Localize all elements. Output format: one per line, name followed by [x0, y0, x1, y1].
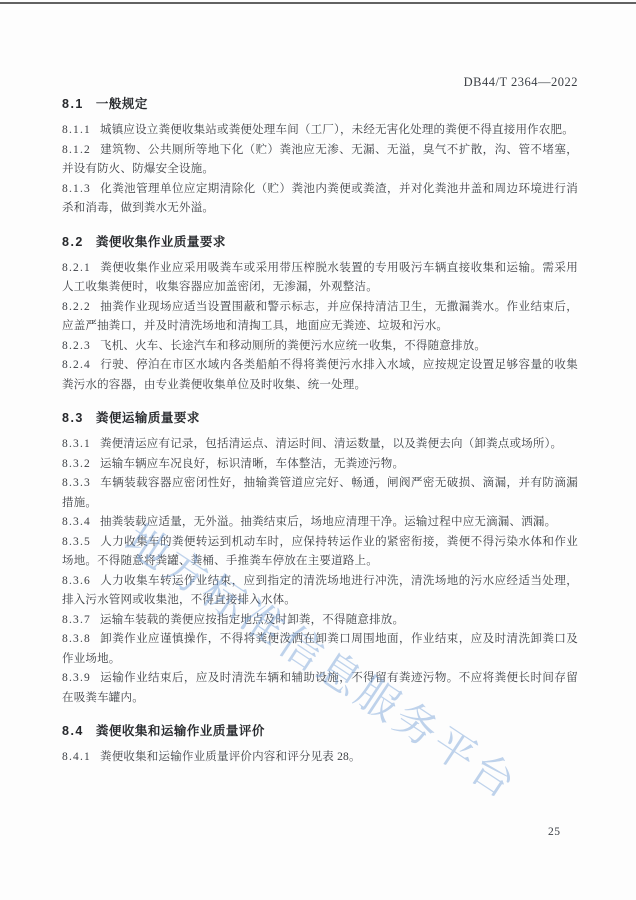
clause-text: 车辆装载容器应密闭性好，抽输粪管道应完好、畅通，闸阀严密无破损、滴漏，并有防滴漏… — [62, 477, 578, 509]
clause-number: 8.3.7 — [62, 614, 91, 626]
clause-number: 8.3.9 — [62, 672, 91, 684]
section-heading-8-4: 8.4粪便收集和运输作业质量评价 — [62, 721, 578, 739]
clause-number: 8.2.3 — [62, 340, 91, 352]
clause-8-3-2: 8.3.2运输车辆应车况良好，标识清晰，车体整洁，无粪迹污物。 — [62, 455, 578, 475]
section-number: 8.4 — [62, 724, 84, 738]
clause-number: 8.3.1 — [62, 438, 91, 450]
clause-number: 8.3.4 — [62, 516, 91, 528]
clause-number: 8.4.1 — [62, 751, 91, 763]
section-heading-8-2: 8.2粪便收集作业质量要求 — [62, 232, 578, 250]
clause-8-3-4: 8.3.4抽粪装载应适量，无外溢。抽粪结束后，场地应清理干净。运输过程中应无滴漏… — [62, 513, 578, 533]
section-heading-8-1: 8.1一般规定 — [62, 94, 578, 112]
clause-text: 运输作业结束后，应及时清洗车辆和辅助设施，不得留有粪迹污物。不应将粪便长时间存留… — [62, 672, 578, 704]
clause-text: 飞机、火车、长途汽车和移动厕所的粪便污水应统一收集，不得随意排放。 — [100, 340, 486, 352]
section-title: 粪便收集和运输作业质量评价 — [96, 724, 265, 738]
clause-8-4-1: 8.4.1粪便收集和运输作业质量评价内容和评分见表 28。 — [62, 748, 578, 768]
clause-8-1-3: 8.1.3化粪池管理单位应定期清除化（贮）粪池内粪便或粪渣，并对化粪池井盖和周边… — [62, 180, 578, 219]
clause-text: 化粪池管理单位应定期清除化（贮）粪池内粪便或粪渣，并对化粪池井盖和周边环境进行消… — [62, 183, 578, 215]
clause-text: 行驶、停泊在市区水域内各类船舶不得将粪便污水排入水域，应按规定设置足够容量的收集… — [62, 359, 578, 391]
clause-8-3-5: 8.3.5人力收集车的粪便转运到机动车时，应保持转运作业的紧密衔接，粪便不得污染… — [62, 533, 578, 572]
clause-8-3-1: 8.3.1粪便清运应有记录，包括清运点、清运时间、清运数量，以及粪便去向（卸粪点… — [62, 435, 578, 455]
clause-number: 8.2.4 — [62, 359, 91, 371]
clause-8-3-7: 8.3.7运输车装载的粪便应按指定地点及时卸粪，不得随意排放。 — [62, 611, 578, 631]
clause-8-3-8: 8.3.8卸粪作业应谨慎操作，不得将粪便泼洒在卸粪口周围地面，作业结束，应及时清… — [62, 630, 578, 669]
clause-number: 8.1.2 — [62, 144, 91, 156]
document-page: DB44/T 2364—2022 地方标准信息服务平台 8.1一般规定 8.1.… — [0, 0, 636, 900]
clause-number: 8.3.5 — [62, 536, 91, 548]
clause-8-2-2: 8.2.2抽粪作业现场应适当设置围蔽和警示标志，并应保持清洁卫生，无撒漏粪水。作… — [62, 298, 578, 337]
section-title: 粪便收集作业质量要求 — [96, 235, 226, 249]
clause-text: 抽粪装载应适量，无外溢。抽粪结束后，场地应清理干净。运输过程中应无滴漏、洒漏。 — [100, 516, 556, 528]
clause-8-2-4: 8.2.4行驶、停泊在市区水域内各类船舶不得将粪便污水排入水域，应按规定设置足够… — [62, 356, 578, 395]
page-number: 25 — [548, 826, 561, 838]
section-number: 8.3 — [62, 411, 84, 425]
clause-number: 8.2.1 — [62, 262, 91, 274]
clause-number: 8.3.8 — [62, 633, 91, 645]
clause-text: 运输车辆应车况良好，标识清晰，车体整洁，无粪迹污物。 — [100, 458, 404, 470]
clause-number: 8.3.2 — [62, 458, 91, 470]
clause-text: 人力收集车转运作业结束，应到指定的清洗场地进行冲洗，清洗场地的污水应经适当处理，… — [62, 575, 578, 607]
document-body: 8.1一般规定 8.1.1城镇应设立粪便收集站或粪便处理车间（工厂），未经无害化… — [62, 94, 578, 768]
clause-text: 城镇应设立粪便收集站或粪便处理车间（工厂），未经无害化处理的粪便不得直接用作农肥… — [100, 124, 574, 136]
clause-text: 建筑物、公共厕所等地下化（贮）粪池应无渗、无漏、无溢，臭气不扩散，沟、管不堵塞，… — [62, 144, 578, 176]
clause-number: 8.1.3 — [62, 183, 91, 195]
clause-text: 粪便收集和运输作业质量评价内容和评分见表 28。 — [100, 751, 361, 763]
clause-number: 8.1.1 — [62, 124, 91, 136]
scan-edge-line — [0, 2, 636, 4]
clause-text: 卸粪作业应谨慎操作，不得将粪便泼洒在卸粪口周围地面，作业结束，应及时清洗卸粪口及… — [62, 633, 578, 665]
clause-number: 8.2.2 — [62, 301, 91, 313]
clause-8-1-2: 8.1.2建筑物、公共厕所等地下化（贮）粪池应无渗、无漏、无溢，臭气不扩散，沟、… — [62, 141, 578, 180]
clause-8-3-6: 8.3.6人力收集车转运作业结束，应到指定的清洗场地进行冲洗，清洗场地的污水应经… — [62, 572, 578, 611]
section-heading-8-3: 8.3粪便运输质量要求 — [62, 408, 578, 426]
clause-8-3-3: 8.3.3车辆装载容器应密闭性好，抽输粪管道应完好、畅通，闸阀严密无破损、滴漏，… — [62, 474, 578, 513]
section-number: 8.2 — [62, 235, 84, 249]
clause-text: 粪便清运应有记录，包括清运点、清运时间、清运数量，以及粪便去向（卸粪点或场所）。 — [100, 438, 562, 450]
clause-number: 8.3.6 — [62, 575, 91, 587]
section-title: 粪便运输质量要求 — [96, 411, 200, 425]
clause-text: 运输车装载的粪便应按指定地点及时卸粪，不得随意排放。 — [100, 614, 404, 626]
clause-text: 抽粪作业现场应适当设置围蔽和警示标志，并应保持清洁卫生，无撒漏粪水。作业结束后，… — [62, 301, 578, 333]
section-number: 8.1 — [62, 97, 84, 111]
clause-8-2-3: 8.2.3飞机、火车、长途汽车和移动厕所的粪便污水应统一收集，不得随意排放。 — [62, 337, 578, 357]
clause-8-3-9: 8.3.9运输作业结束后，应及时清洗车辆和辅助设施，不得留有粪迹污物。不应将粪便… — [62, 669, 578, 708]
section-title: 一般规定 — [96, 97, 148, 111]
clause-8-1-1: 8.1.1城镇应设立粪便收集站或粪便处理车间（工厂），未经无害化处理的粪便不得直… — [62, 121, 578, 141]
clause-text: 人力收集车的粪便转运到机动车时，应保持转运作业的紧密衔接，粪便不得污染水体和作业… — [62, 536, 578, 568]
doc-code: DB44/T 2364—2022 — [464, 75, 578, 90]
clause-text: 粪便收集作业应采用吸粪车或采用带压榨脱水装置的专用吸污车辆直接收集和运输。需采用… — [62, 262, 578, 294]
clause-number: 8.3.3 — [62, 477, 91, 489]
clause-8-2-1: 8.2.1粪便收集作业应采用吸粪车或采用带压榨脱水装置的专用吸污车辆直接收集和运… — [62, 259, 578, 298]
